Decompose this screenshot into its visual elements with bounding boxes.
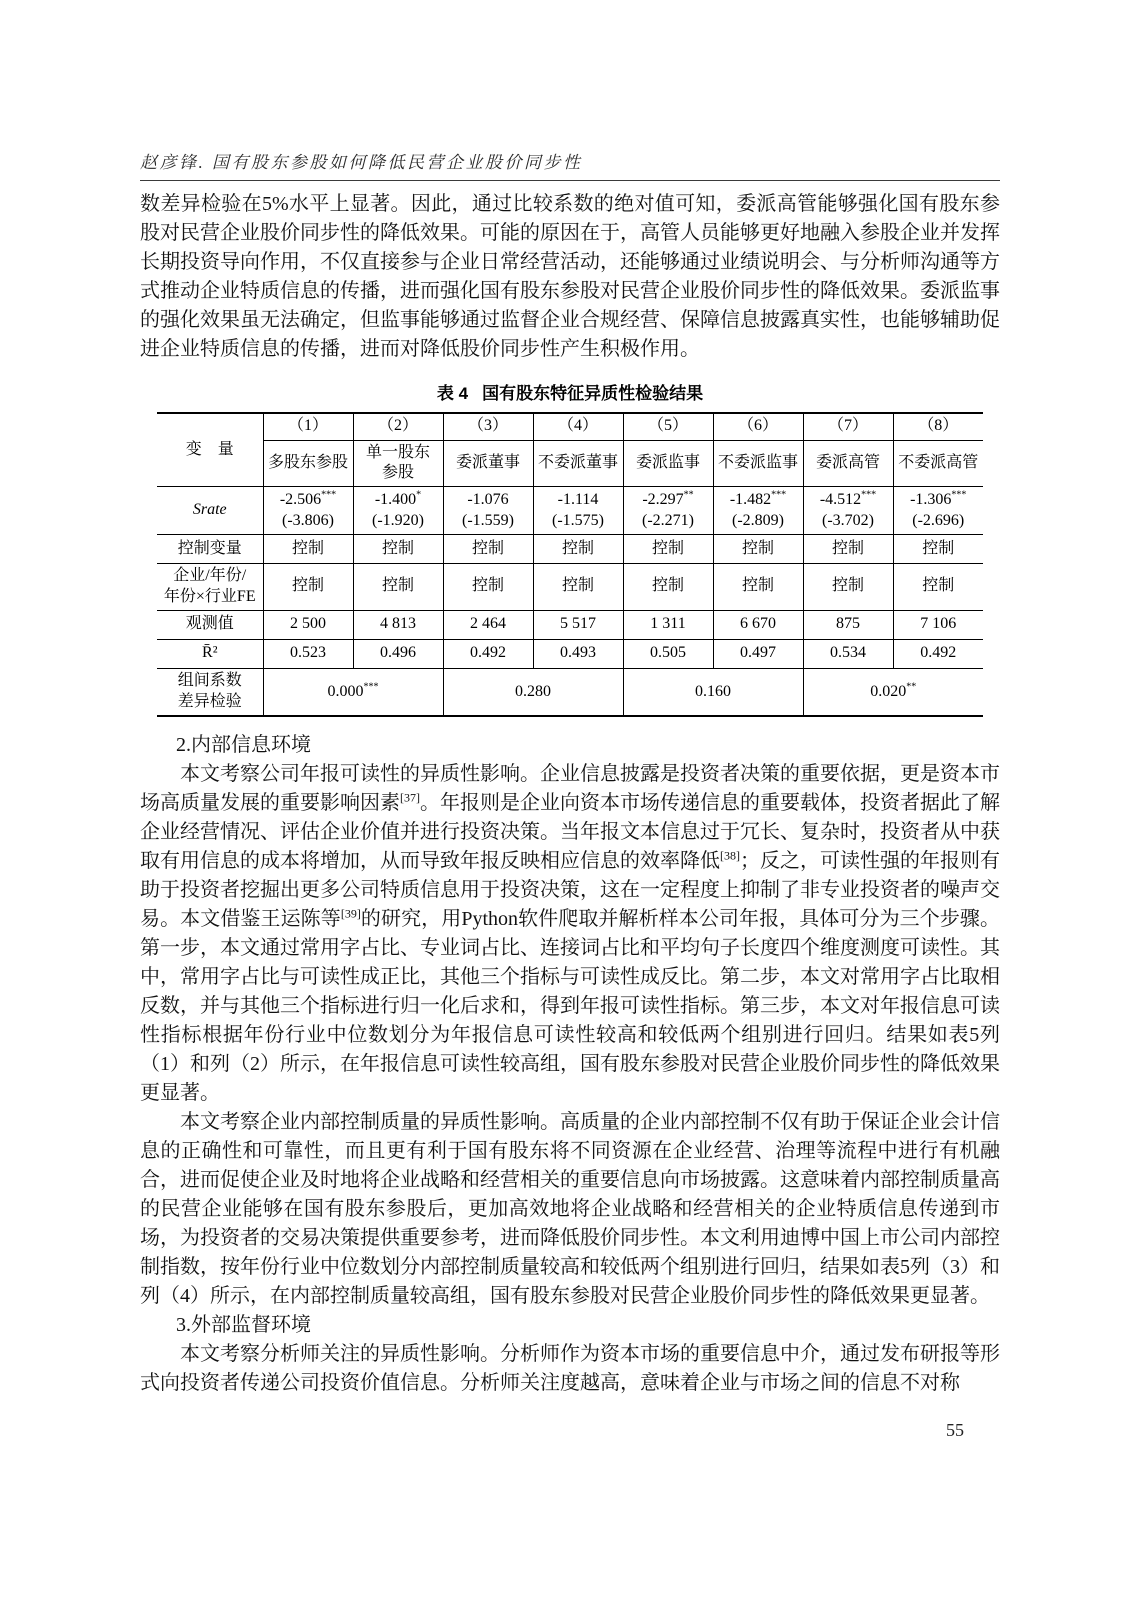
column-number-cell: （3） xyxy=(443,413,533,440)
column-name-cell: 多股东参股 xyxy=(263,440,353,487)
coefficient-cell: -2.297**(-2.271) xyxy=(623,487,713,535)
value-cell: 0.496 xyxy=(353,639,443,668)
coefficient-cell: -4.512***(-3.702) xyxy=(803,487,893,535)
value-cell: 0.523 xyxy=(263,639,353,668)
row-label-cell: R̄² xyxy=(157,639,263,668)
significance-stars: *** xyxy=(321,489,336,500)
row-label-cell: 企业/年份/ 年份×行业FE xyxy=(157,564,263,611)
coefficient-value: -4.512*** xyxy=(805,490,892,511)
value-cell: 7 106 xyxy=(893,610,983,639)
value-cell: 控制 xyxy=(803,564,893,611)
value-cell: 0.492 xyxy=(443,639,533,668)
column-name-cell: 不委派高管 xyxy=(893,440,983,487)
row-label-cell: 观测值 xyxy=(157,610,263,639)
column-name-cell: 不委派监事 xyxy=(713,440,803,487)
significance-stars: ** xyxy=(906,681,916,692)
t-statistic: (-1.920) xyxy=(355,511,442,532)
column-name-cell: 委派董事 xyxy=(443,440,533,487)
value-cell: 4 813 xyxy=(353,610,443,639)
results-table: 变 量（1）（2）（3）（4）（5）（6）（7）（8）多股东参股单一股东 参股委… xyxy=(157,412,983,717)
value-cell: 控制 xyxy=(623,535,713,564)
value-cell: 控制 xyxy=(443,564,533,611)
page-number: 55 xyxy=(946,1420,964,1441)
value-cell: 控制 xyxy=(353,535,443,564)
coefficient-value: -1.400* xyxy=(355,490,442,511)
table-title: 表 4国有股东特征异质性检验结果 xyxy=(140,379,1000,404)
value-cell: 6 670 xyxy=(713,610,803,639)
coefficient-value: -1.306*** xyxy=(895,490,983,511)
column-number-cell: （8） xyxy=(893,413,983,440)
running-head: 赵彦锋. 国有股东参股如何降低民营企业股价同步性 xyxy=(140,148,1000,173)
table-number-label: 表 4 xyxy=(437,384,468,403)
value-cell: 控制 xyxy=(443,535,533,564)
coefficient-cell: -1.114(-1.575) xyxy=(533,487,623,535)
value-cell: 控制 xyxy=(533,535,623,564)
table-caption: 国有股东特征异质性检验结果 xyxy=(482,384,703,403)
row-label-srate: Srate xyxy=(157,487,263,535)
column-name-cell: 委派高管 xyxy=(803,440,893,487)
column-number-cell: （2） xyxy=(353,413,443,440)
coefficient-cell: -1.306***(-2.696) xyxy=(893,487,983,535)
significance-stars: *** xyxy=(771,489,786,500)
t-statistic: (-2.271) xyxy=(625,511,712,532)
significance-stars: * xyxy=(416,489,421,500)
value-cell: 控制 xyxy=(893,535,983,564)
reference-superscript: [38] xyxy=(720,849,740,863)
paragraph-continuation: 数差异检验在5%水平上显著。因此，通过比较系数的绝对值可知，委派高管能够强化国有… xyxy=(140,190,1000,364)
coefficient-value: -2.297** xyxy=(625,490,712,511)
value-cell: 2 464 xyxy=(443,610,533,639)
column-name-cell: 不委派董事 xyxy=(533,440,623,487)
t-statistic: (-1.559) xyxy=(445,511,532,532)
t-statistic: (-3.806) xyxy=(265,511,352,532)
value-cell: 控制 xyxy=(263,564,353,611)
coefficient-value: -2.506*** xyxy=(265,490,352,511)
value-cell: 控制 xyxy=(893,564,983,611)
paragraph-internal-control: 本文考察企业内部控制质量的异质性影响。高质量的企业内部控制不仅有助于保证企业会计… xyxy=(140,1108,1000,1311)
coefficient-value: -1.482*** xyxy=(715,490,802,511)
value-cell: 控制 xyxy=(713,564,803,611)
coefficient-value: -1.114 xyxy=(535,490,622,511)
value-cell: 控制 xyxy=(353,564,443,611)
value-cell: 0.492 xyxy=(893,639,983,668)
coefficient-cell: -1.482***(-2.809) xyxy=(713,487,803,535)
value-cell: 5 517 xyxy=(533,610,623,639)
value-cell: 0.497 xyxy=(713,639,803,668)
coefficient-value: -1.076 xyxy=(445,490,532,511)
value-cell: 875 xyxy=(803,610,893,639)
t-statistic: (-2.809) xyxy=(715,511,802,532)
diff-test-cell: 0.020** xyxy=(803,668,983,716)
column-number-cell: （5） xyxy=(623,413,713,440)
value-cell: 控制 xyxy=(533,564,623,611)
value-cell: 控制 xyxy=(263,535,353,564)
column-name-cell: 委派监事 xyxy=(623,440,713,487)
coefficient-cell: -1.400*(-1.920) xyxy=(353,487,443,535)
diff-test-cell: 0.280 xyxy=(443,668,623,716)
column-number-cell: （1） xyxy=(263,413,353,440)
column-number-cell: （4） xyxy=(533,413,623,440)
section-heading-external-supervision: 3.外部监督环境 xyxy=(140,1311,1000,1340)
paragraph-analyst: 本文考察分析师关注的异质性影响。分析师作为资本市场的重要信息中介，通过发布研报等… xyxy=(140,1340,1000,1398)
value-cell: 控制 xyxy=(623,564,713,611)
t-statistic: (-1.575) xyxy=(535,511,622,532)
coefficient-cell: -1.076(-1.559) xyxy=(443,487,533,535)
value-cell: 1 311 xyxy=(623,610,713,639)
significance-stars: ** xyxy=(684,489,694,500)
column-name-cell: 单一股东 参股 xyxy=(353,440,443,487)
coefficient-cell: -2.506***(-3.806) xyxy=(263,487,353,535)
value-cell: 控制 xyxy=(713,535,803,564)
column-number-cell: （6） xyxy=(713,413,803,440)
diff-test-cell: 0.160 xyxy=(623,668,803,716)
significance-stars: *** xyxy=(951,489,966,500)
table-corner-variable-cell: 变 量 xyxy=(157,413,263,487)
diff-test-cell: 0.000*** xyxy=(263,668,443,716)
value-cell: 2 500 xyxy=(263,610,353,639)
section-heading-internal-info: 2.内部信息环境 xyxy=(140,731,1000,760)
t-statistic: (-3.702) xyxy=(805,511,892,532)
row-label-cell: 控制变量 xyxy=(157,535,263,564)
reference-superscript: [39] xyxy=(341,907,361,921)
header-divider xyxy=(140,180,1000,181)
paper-page: 赵彦锋. 国有股东参股如何降低民营企业股价同步性 数差异检验在5%水平上显著。因… xyxy=(0,0,1140,1600)
value-cell: 0.534 xyxy=(803,639,893,668)
paragraph-text: 的研究，用Python软件爬取并解析样本公司年报，具体可分为三个步骤。第一步，本… xyxy=(140,908,1000,1104)
value-cell: 控制 xyxy=(803,535,893,564)
significance-stars: *** xyxy=(861,489,876,500)
t-statistic: (-2.696) xyxy=(895,511,983,532)
value-cell: 0.493 xyxy=(533,639,623,668)
row-label-diff-test: 组间系数 差异检验 xyxy=(157,668,263,716)
paragraph-readability: 本文考察公司年报可读性的异质性影响。企业信息披露是投资者决策的重要依据，更是资本… xyxy=(140,760,1000,1108)
value-cell: 0.505 xyxy=(623,639,713,668)
reference-superscript: [37] xyxy=(400,791,420,805)
column-number-cell: （7） xyxy=(803,413,893,440)
significance-stars: *** xyxy=(364,681,379,692)
